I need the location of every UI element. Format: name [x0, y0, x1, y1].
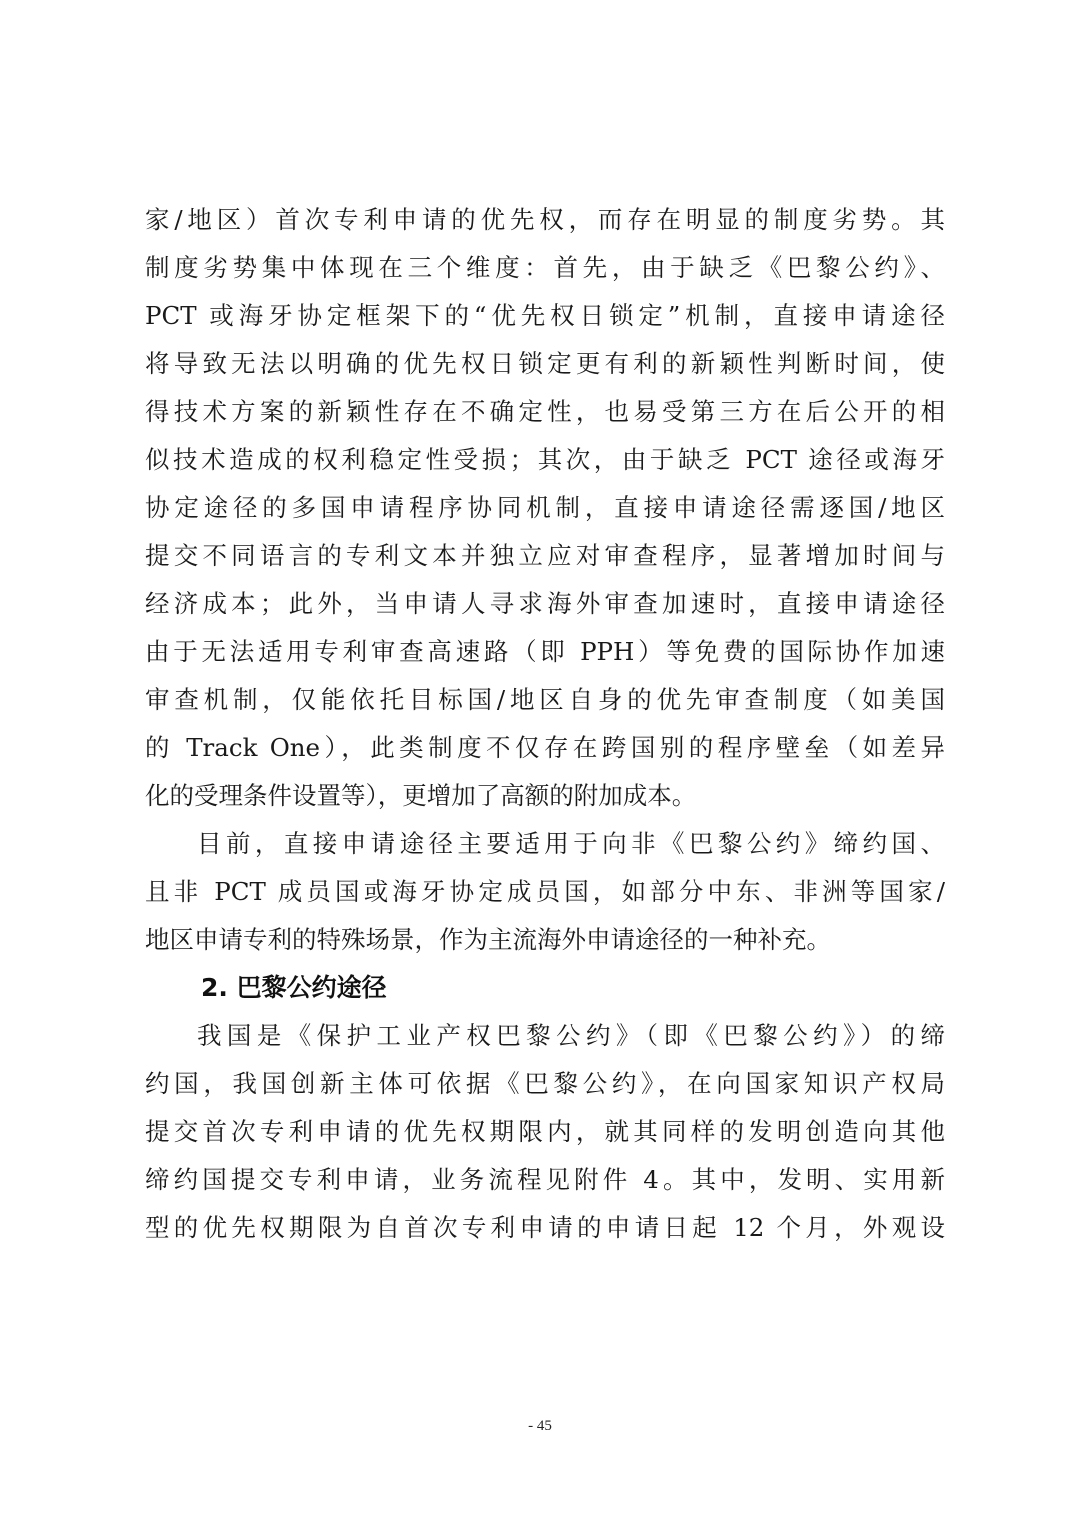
- text-line: 提交首次专利申请的优先权期限内，就其同样的发明创造向其他: [145, 1108, 945, 1156]
- text-line: 协定途径的多国申请程序协同机制，直接申请途径需逐国/地区: [145, 484, 945, 532]
- text-line: 地区申请专利的特殊场景，作为主流海外申请途径的一种补充。: [145, 916, 945, 964]
- text-line: 似技术造成的权利稳定性受损；其次，由于缺乏 PCT 途径或海牙: [145, 436, 945, 484]
- paragraph-direct-filing-scope: 目前，直接申请途径主要适用于向非《巴黎公约》缔约国、 且非 PCT 成员国或海牙…: [145, 820, 945, 964]
- document-page: 家/地区）首次专利申请的优先权，而存在明显的制度劣势。其 制度劣势集中体现在三个…: [145, 196, 945, 1252]
- text-line: 得技术方案的新颖性存在不确定性，也易受第三方在后公开的相: [145, 388, 945, 436]
- text-line: 缔约国提交专利申请，业务流程见附件 4。其中，发明、实用新: [145, 1156, 945, 1204]
- text-line: 化的受理条件设置等），更增加了高额的附加成本。: [145, 772, 945, 820]
- text-line: 我国是《保护工业产权巴黎公约》（即《巴黎公约》）的缔: [145, 1012, 945, 1060]
- text-line: 且非 PCT 成员国或海牙协定成员国，如部分中东、非洲等国家/: [145, 868, 945, 916]
- text-line: 制度劣势集中体现在三个维度：首先，由于缺乏《巴黎公约》、: [145, 244, 945, 292]
- text-line: 约国，我国创新主体可依据《巴黎公约》，在向国家知识产权局: [145, 1060, 945, 1108]
- paragraph-paris-convention: 我国是《保护工业产权巴黎公约》（即《巴黎公约》）的缔 约国，我国创新主体可依据《…: [145, 1012, 945, 1252]
- paragraph-direct-filing-disadvantages: 家/地区）首次专利申请的优先权，而存在明显的制度劣势。其 制度劣势集中体现在三个…: [145, 196, 945, 820]
- text-line: 家/地区）首次专利申请的优先权，而存在明显的制度劣势。其: [145, 196, 945, 244]
- text-line: 将导致无法以明确的优先权日锁定更有利的新颖性判断时间，使: [145, 340, 945, 388]
- text-line: PCT 或海牙协定框架下的“优先权日锁定”机制，直接申请途径: [145, 292, 945, 340]
- text-line: 审查机制，仅能依托目标国/地区自身的优先审查制度（如美国: [145, 676, 945, 724]
- text-line: 经济成本；此外，当申请人寻求海外审查加速时，直接申请途径: [145, 580, 945, 628]
- text-line: 提交不同语言的专利文本并独立应对审查程序，显著增加时间与: [145, 532, 945, 580]
- text-line: 由于无法适用专利审查高速路（即 PPH）等免费的国际协作加速: [145, 628, 945, 676]
- page-number: - 45: [0, 1418, 1080, 1435]
- section-heading: 2. 巴黎公约途径: [145, 964, 945, 1012]
- text-line: 目前，直接申请途径主要适用于向非《巴黎公约》缔约国、: [145, 820, 945, 868]
- text-line: 型的优先权期限为自首次专利申请的申请日起 12 个月，外观设: [145, 1204, 945, 1252]
- text-line: 的 Track One），此类制度不仅存在跨国别的程序壁垒（如差异: [145, 724, 945, 772]
